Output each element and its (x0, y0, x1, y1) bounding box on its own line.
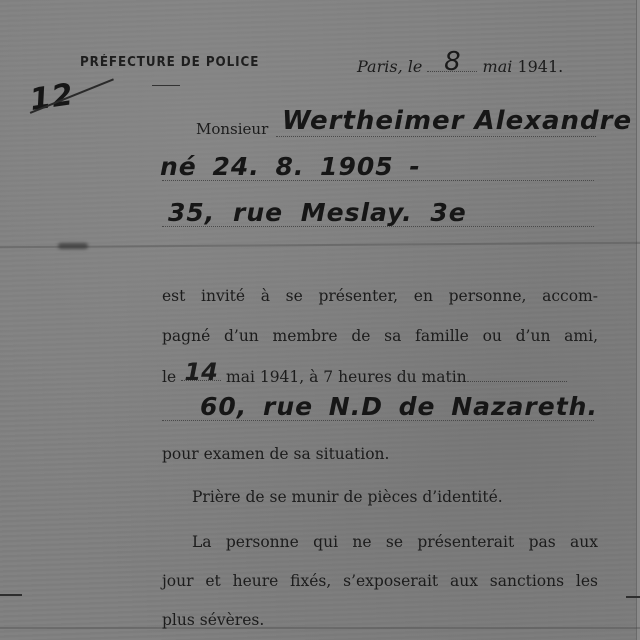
issue-date: Paris, le 8 mai 1941. (357, 55, 563, 76)
margin-mark (626, 596, 640, 598)
body-line: Prière de se munir de pièces d’identité. (192, 487, 592, 507)
appointment-place-handwritten: 60, rue N.D de Nazareth. (200, 392, 598, 421)
issuer-heading: PRÉFECTURE DE POLICE (80, 55, 259, 70)
paper-edge (636, 0, 640, 640)
paper-fold (0, 242, 640, 248)
city-prefix: Paris, le (357, 57, 422, 76)
heading-rule (152, 85, 180, 86)
margin-mark (0, 594, 22, 596)
document-page: PRÉFECTURE DE POLICE 12 Paris, le 8 mai … (0, 0, 640, 640)
name-dotted-line (276, 136, 596, 137)
body-line: pagné d’un membre de sa famille ou d’un … (162, 326, 598, 346)
appointment-day-handwritten: 14 (181, 364, 221, 381)
issue-day-handwritten: 8 (427, 53, 477, 72)
issue-year: 1941. (517, 57, 563, 76)
appointment-dotted-fill (467, 381, 567, 382)
ink-smudge (58, 243, 88, 249)
appointment-date-line: le 14 mai 1941, à 7 heures du matin (162, 366, 598, 387)
body-line: jour et heure fixés, s’exposerait aux sa… (162, 571, 598, 591)
body-line: pour examen de sa situation. (162, 444, 598, 464)
appointment-prefix: le (162, 368, 176, 386)
body-line: La personne qui ne se présenterait pas a… (192, 532, 598, 552)
body-line: plus sévères. (162, 610, 598, 630)
recipient-address-handwritten: 35, rue Meslay. 3e (168, 198, 467, 227)
recipient-name-handwritten: Wertheimer Alexandre (282, 106, 632, 136)
issue-month: mai (483, 57, 513, 76)
body-line: est invité à se présenter, en personne, … (162, 286, 598, 306)
salutation: Monsieur (196, 120, 268, 138)
appointment-suffix: mai 1941, à 7 heures du matin (226, 368, 467, 386)
recipient-birth-handwritten: né 24. 8. 1905 - (160, 152, 421, 181)
